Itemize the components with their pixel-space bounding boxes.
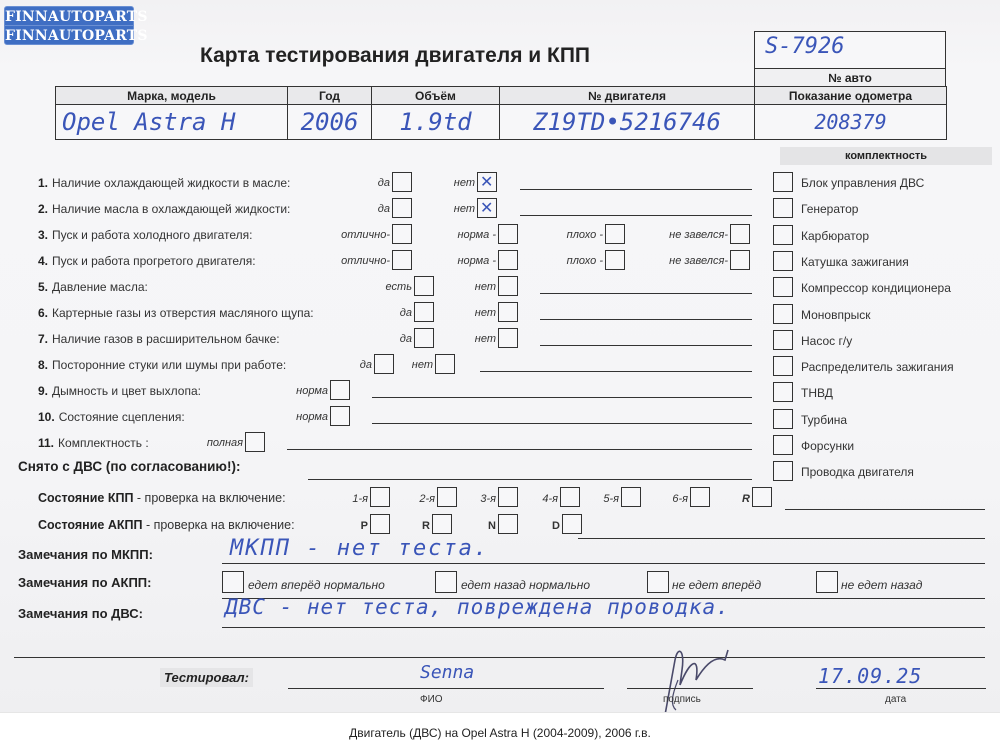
checkbox[interactable] [392,224,412,244]
akpp-remark-checkbox[interactable] [816,571,838,593]
completeness-item: Распределитель зажигания [801,360,954,374]
option-label: плохо - [523,229,603,241]
akpp-gear-checkbox[interactable] [370,514,390,534]
mkpp-remarks-value: МКПП - нет теста. [230,536,489,561]
engine-test-card: FINNAUTOPARTS FINNAUTOPARTS Карта тестир… [0,0,1000,712]
completeness-item: Проводка двигателя [801,465,914,479]
kpp-notes-line [785,509,985,510]
akpp-gear-label: N [476,520,496,532]
checkbox-checked[interactable] [477,172,497,192]
completeness-item: Форсунки [801,439,854,453]
completeness-checkbox[interactable] [773,435,793,455]
volume-value: 1.9td [372,105,500,140]
col-engine-number: № двигателя [500,87,755,105]
engine-number-value: Z19TD•5216746 [500,105,755,140]
notes-line [540,345,752,346]
question-label: 8.Посторонние стуки или шумы при работе: [38,358,286,372]
completeness-checkbox[interactable] [773,277,793,297]
kpp-gear-label: 1-я [338,493,368,505]
akpp-remark-checkbox[interactable] [222,571,244,593]
option-label: нет [353,359,433,371]
completeness-item: Генератор [801,202,858,216]
option-label: плохо - [523,255,603,267]
akpp-remarks-label: Замечания по АКПП: [18,575,151,590]
question-label: 2.Наличие масла в охлаждающей жидкости: [38,202,290,216]
checkbox[interactable] [330,380,350,400]
checkbox[interactable] [498,276,518,296]
checkbox[interactable] [730,224,750,244]
notes-line [480,371,752,372]
checkbox[interactable] [498,224,518,244]
akpp-gear-checkbox[interactable] [432,514,452,534]
kpp-gear-label: 6-я [658,493,688,505]
mkpp-remarks-line [222,563,985,564]
notes-line [540,293,752,294]
kpp-gear-checkbox[interactable] [370,487,390,507]
completeness-checkbox[interactable] [773,382,793,402]
completeness-checkbox[interactable] [773,409,793,429]
akpp-gear-label: P [348,520,368,532]
kpp-gear-label: 5-я [589,493,619,505]
checkbox[interactable] [498,302,518,322]
completeness-checkbox[interactable] [773,251,793,271]
question-label: 3.Пуск и работа холодного двигателя: [38,228,252,242]
watermark-logo: FINNAUTOPARTS [4,6,134,26]
completeness-checkbox[interactable] [773,304,793,324]
checkbox-checked[interactable] [477,198,497,218]
removed-label: Снято с ДВС (по согласованию!): [18,459,240,474]
option-label: норма [248,411,328,423]
akpp-notes-line [578,538,985,539]
option-label: да [310,177,390,189]
kpp-gear-label: 4-я [528,493,558,505]
completeness-item: ТНВД [801,386,833,400]
option-label: да [310,203,390,215]
dvs-remarks-line [222,627,985,628]
completeness-item: Катушка зажигания [801,255,909,269]
akpp-remark-option: не едет назад [841,578,922,592]
year-value: 2006 [288,105,372,140]
completeness-item: Карбюратор [801,229,869,243]
checkbox[interactable] [245,432,265,452]
make-model-value: Opel Astra H [56,105,288,140]
image-caption: Двигатель (ДВС) на Opel Astra H (2004-20… [0,712,1000,750]
question-label: 7.Наличие газов в расширительном бачке: [38,332,280,346]
completeness-checkbox[interactable] [773,330,793,350]
question-label: 10.Состояние сцепления: [38,410,185,424]
completeness-item: Насос г/у [801,334,852,348]
auto-number-box: S-7926 [754,31,946,69]
vehicle-info-table: Марка, модель Год Объём № двигателя Пока… [55,86,947,140]
mkpp-remarks-label: Замечания по МКПП: [18,547,153,562]
option-label: норма - [416,229,496,241]
col-odometer: Показание одометра [755,87,947,105]
option-label: нет [416,307,496,319]
kpp-gear-checkbox[interactable] [498,487,518,507]
signature-line [627,688,753,689]
kpp-label: Состояние КПП - проверка на включение: [38,491,286,505]
checkbox[interactable] [498,250,518,270]
option-label: нет [395,177,475,189]
odometer-value: 208379 [755,105,947,140]
notes-line [520,215,752,216]
dvs-remarks-value: ДВС - нет теста, повреждена проводка. [225,595,730,619]
akpp-gear-checkbox[interactable] [498,514,518,534]
question-label: 4.Пуск и работа прогретого двигателя: [38,254,256,268]
option-label: нет [416,333,496,345]
option-label: не завелся- [648,229,728,241]
option-label: есть [332,281,412,293]
option-label: не завелся- [648,255,728,267]
kpp-gear-checkbox[interactable] [752,487,772,507]
completeness-checkbox[interactable] [773,461,793,481]
completeness-checkbox[interactable] [773,356,793,376]
akpp-remark-checkbox[interactable] [647,571,669,593]
option-label: отлично- [310,229,390,241]
name-line [288,688,604,689]
kpp-gear-checkbox[interactable] [560,487,580,507]
akpp-remark-option: едет вперёд нормально [248,578,385,592]
notes-line [287,449,752,450]
akpp-label: Состояние АКПП - проверка на включение: [38,518,295,532]
completeness-checkbox[interactable] [773,198,793,218]
kpp-gear-label: R [720,493,750,505]
checkbox[interactable] [330,406,350,426]
option-label: да [332,307,412,319]
option-label: отлично- [310,255,390,267]
completeness-item: Моновпрыск [801,308,871,322]
question-label: 1.Наличие охлаждающей жидкости в масле: [38,176,290,190]
extra-remarks-line [14,657,985,658]
question-label: 6.Картерные газы из отверстия масляного … [38,306,314,320]
name-caption: ФИО [420,694,443,705]
option-label: да [332,333,412,345]
page-title: Карта тестирования двигателя и КПП [200,44,590,68]
option-label: нет [395,203,475,215]
checkbox[interactable] [498,328,518,348]
completeness-heading: комплектность [780,147,992,165]
date-value: 17.09.25 [818,664,922,688]
checkbox[interactable] [605,224,625,244]
akpp-gear-label: D [540,520,560,532]
checkbox[interactable] [730,250,750,270]
col-volume: Объём [372,87,500,105]
notes-line [372,423,752,424]
checkbox[interactable] [392,250,412,270]
option-label: норма [248,385,328,397]
akpp-gear-label: R [410,520,430,532]
completeness-item: Турбина [801,413,847,427]
notes-line [540,319,752,320]
checkbox[interactable] [435,354,455,374]
akpp-remark-option: едет назад нормально [461,578,590,592]
checkbox[interactable] [605,250,625,270]
kpp-gear-checkbox[interactable] [690,487,710,507]
completeness-item: Блок управления ДВС [801,176,924,190]
question-label: 5.Давление масла: [38,280,148,294]
akpp-remark-checkbox[interactable] [435,571,457,593]
date-line [816,688,986,689]
kpp-gear-label: 2-я [405,493,435,505]
kpp-gear-checkbox[interactable] [437,487,457,507]
option-label: норма - [416,255,496,267]
completeness-item: Компрессор кондиционера [801,281,951,295]
akpp-gear-checkbox[interactable] [562,514,582,534]
completeness-checkbox[interactable] [773,225,793,245]
tested-by-label: Тестировал: [160,668,253,687]
question-label: 9.Дымность и цвет выхлопа: [38,384,201,398]
signature-caption: подпись [663,694,701,705]
akpp-remark-option: не едет вперёд [672,578,761,592]
watermark-logo: FINNAUTOPARTS [4,25,134,45]
date-caption: дата [885,694,906,705]
notes-line [372,397,752,398]
notes-line [520,189,752,190]
kpp-gear-label: 3-я [466,493,496,505]
tester-name-value: Senna [420,662,474,683]
removed-line [308,479,752,480]
option-label: нет [416,281,496,293]
option-label: полная [163,437,243,449]
col-make-model: Марка, модель [56,87,288,105]
completeness-checkbox[interactable] [773,172,793,192]
col-year: Год [288,87,372,105]
question-label: 11.Комплектность : [38,436,149,450]
dvs-remarks-label: Замечания по ДВС: [18,606,143,621]
auto-number-value: S-7926 [765,34,844,59]
kpp-gear-checkbox[interactable] [621,487,641,507]
